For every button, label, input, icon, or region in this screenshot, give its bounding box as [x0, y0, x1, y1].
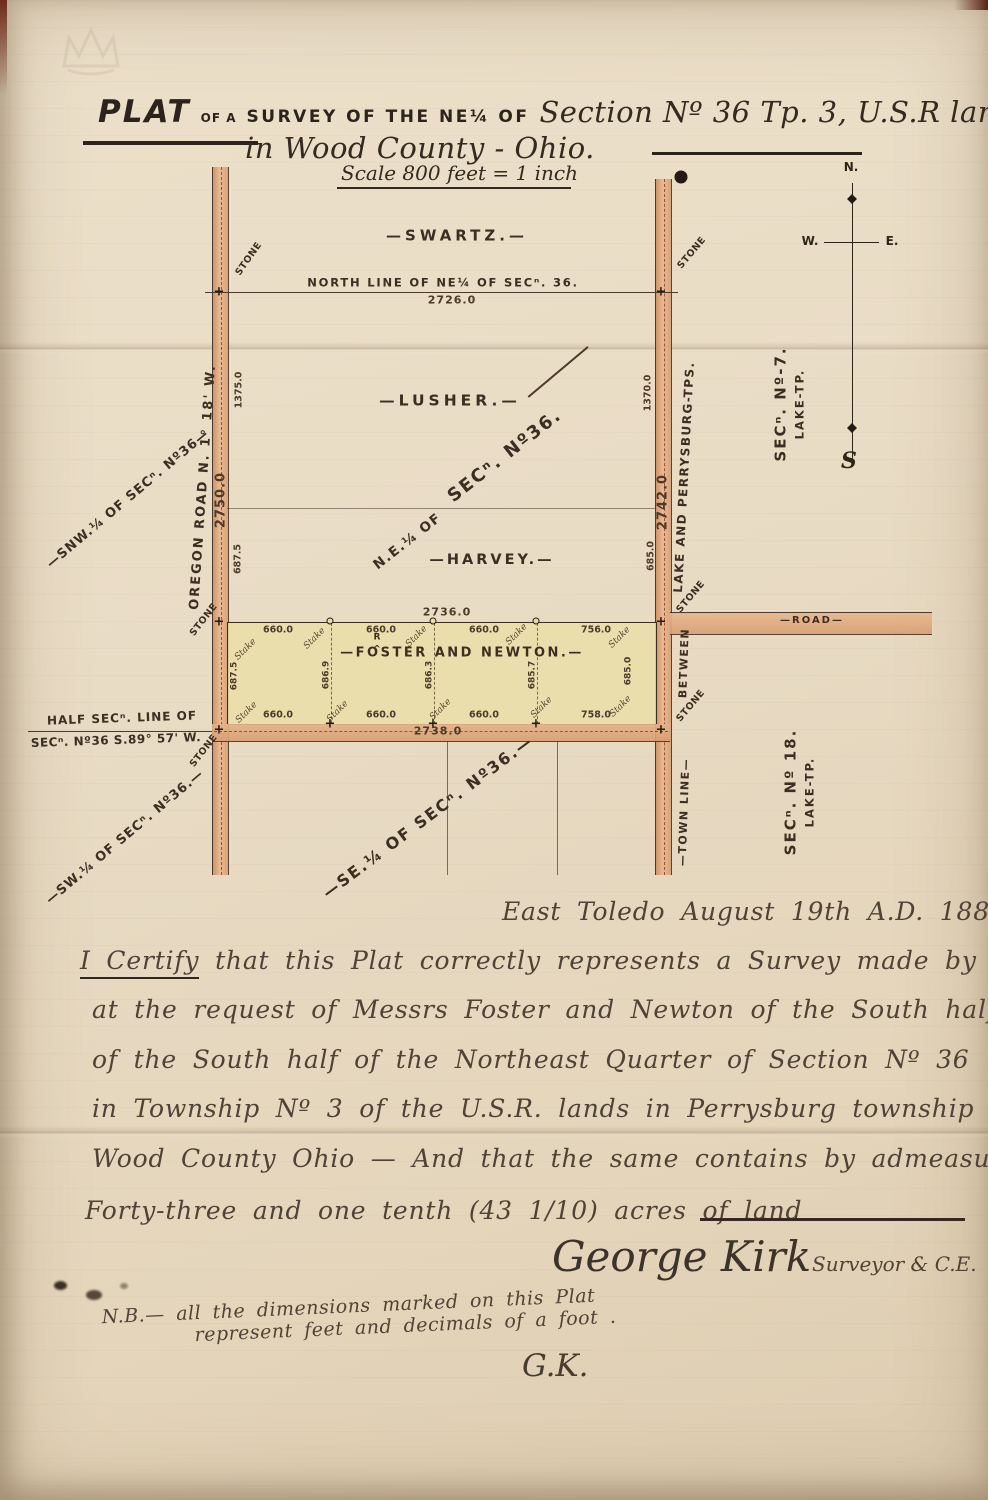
quarter-line	[227, 508, 655, 509]
insertion-caret: ^	[373, 646, 381, 655]
east-road-quarter-distance: 685.0	[646, 541, 656, 571]
compass-north-label: N.	[844, 160, 859, 174]
stake-cross-2: +	[428, 718, 439, 731]
north-line-distance: 2726.0	[428, 295, 476, 306]
west-road-north-half-distance: 1375.0	[234, 372, 244, 409]
surveyor-title: Surveyor & C.E.	[812, 1252, 977, 1276]
parcel-top-seg-1: 660.0	[263, 625, 293, 635]
parcel-bottom-seg-4: 758.0	[581, 710, 611, 720]
certification-opening-line: I Certify that this Plat correctly repre…	[80, 946, 988, 975]
swartz-label: —SWARTZ.—	[386, 229, 528, 244]
west-road-full-distance: 2750.0	[215, 472, 228, 528]
road-label: —ROAD—	[780, 616, 844, 626]
section-18-township: LAKE-TP.	[803, 729, 817, 856]
west-road-quarter-distance: 687.5	[233, 544, 243, 574]
east-road-north-half-distance: 1370.0	[643, 375, 653, 412]
section-7-number: SECⁿ. Nº-7.	[772, 346, 790, 461]
parcel-bottom-seg-1: 660.0	[263, 710, 293, 720]
parcel-bottom-seg-3: 660.0	[469, 710, 499, 720]
section-7-township: LAKE-TP.	[793, 346, 807, 461]
parcel-corner-nw: +	[214, 616, 225, 629]
se-quarter-subdivision-line	[557, 741, 558, 875]
snw-quarter-label: —SNW.¼ OF SECⁿ. Nº36—	[44, 427, 211, 570]
section-36-label: SECⁿ. Nº36.	[445, 406, 566, 506]
stone-label-ne: STONE	[676, 235, 708, 270]
certification-dateline: East Toledo August 19th A.D. 1886.—	[502, 897, 988, 926]
compass-south-label: S	[841, 448, 857, 474]
parcel-north-distance: 2736.0	[423, 607, 471, 618]
stake-cross-1: +	[325, 718, 336, 731]
section-18-tag: SECⁿ. Nº 18. LAKE-TP.	[782, 729, 817, 856]
certification-body-line: of the South half of the Northeast Quart…	[92, 1045, 988, 1095]
between-label: BETWEEN	[677, 628, 690, 699]
compass-south-tip	[847, 423, 857, 433]
interior-line-3-length: 685.7	[529, 661, 538, 689]
certification-body: at the request of Messrs Foster and Newt…	[92, 995, 988, 1193]
stone-marker-ne: +	[656, 286, 667, 299]
parcel-top-seg-4: 756.0	[581, 625, 611, 635]
surveyor-initials: G.K.	[522, 1348, 589, 1384]
half-section-line-label-2: SECⁿ. Nº36 S.89° 57' W.	[31, 731, 202, 749]
lusher-label: —LUSHER.—	[379, 393, 521, 409]
interior-line-2-length: 686.3	[426, 661, 435, 689]
road-top-knob	[675, 171, 688, 184]
parcel-corner-sw: +	[214, 724, 225, 737]
parcel-top-seg-3: 660.0	[469, 625, 499, 635]
inserted-r-label: R	[374, 634, 381, 643]
stake-circle-3	[533, 618, 540, 625]
compass-we-line	[824, 242, 879, 243]
section-7-tag: SECⁿ. Nº-7. LAKE-TP.	[772, 346, 807, 461]
parcel-west-length: 687.5	[231, 662, 240, 690]
harvey-label: —HARVEY.—	[429, 553, 554, 568]
parcel-top-seg-2: 660.0	[366, 625, 396, 635]
acreage-line: Forty-three and one tenth (43 1/10) acre…	[85, 1196, 802, 1225]
parcel-corner-se: +	[656, 724, 667, 737]
interior-line-1-length: 686.9	[323, 661, 332, 689]
certify-rest: that this Plat correctly represents a Su…	[199, 946, 988, 975]
certify-lead: I Certify	[80, 946, 199, 979]
stake-cross-3: +	[531, 718, 542, 731]
compass-west-label: W.	[802, 234, 819, 248]
certification-body-line: Wood County Ohio — And that the same con…	[92, 1144, 988, 1194]
town-line-label: —TOWN LINE—	[677, 758, 692, 867]
parcel-bottom-seg-2: 660.0	[366, 710, 396, 720]
acreage-trailing-dash	[700, 1218, 965, 1221]
parcel-east-length: 685.0	[625, 657, 634, 685]
compass-ns-line	[852, 183, 853, 461]
compass-diamond	[847, 194, 857, 204]
compass-east-label: E.	[886, 234, 899, 248]
surveyor-signature: George Kirk	[552, 1232, 811, 1281]
stone-marker-nw: +	[214, 286, 225, 299]
stone-label-nw: STONE	[234, 241, 264, 278]
se-quarter-label: —SE.¼ OF SECⁿ. Nº36.—	[320, 733, 536, 901]
section-18-number: SECⁿ. Nº 18.	[782, 729, 800, 856]
parcel-corner-ne: +	[656, 616, 667, 629]
section-label-slash	[528, 346, 589, 397]
stake-circle-1	[327, 618, 334, 625]
lake-perrysburg-label: LAKE AND PERRYSBURG-TPS.	[672, 361, 696, 593]
half-section-line-label-1: HALF SECⁿ. LINE OF	[47, 709, 197, 726]
certification-body-line: in Township Nº 3 of the U.S.R. lands in …	[92, 1094, 988, 1144]
east-road-full-distance: 2742.0	[657, 474, 670, 530]
sw-quarter-label: —SW.¼ OF SECⁿ. Nº36.—	[44, 767, 207, 906]
north-line-label: NORTH LINE OF NE¼ OF SECⁿ. 36.	[307, 277, 579, 289]
plat-document: PLAT OF A SURVEY OF THE NE¼ OF Section N…	[0, 0, 988, 1500]
certification-body-line: at the request of Messrs Foster and Newt…	[92, 995, 988, 1045]
stake-circle-2	[430, 618, 437, 625]
